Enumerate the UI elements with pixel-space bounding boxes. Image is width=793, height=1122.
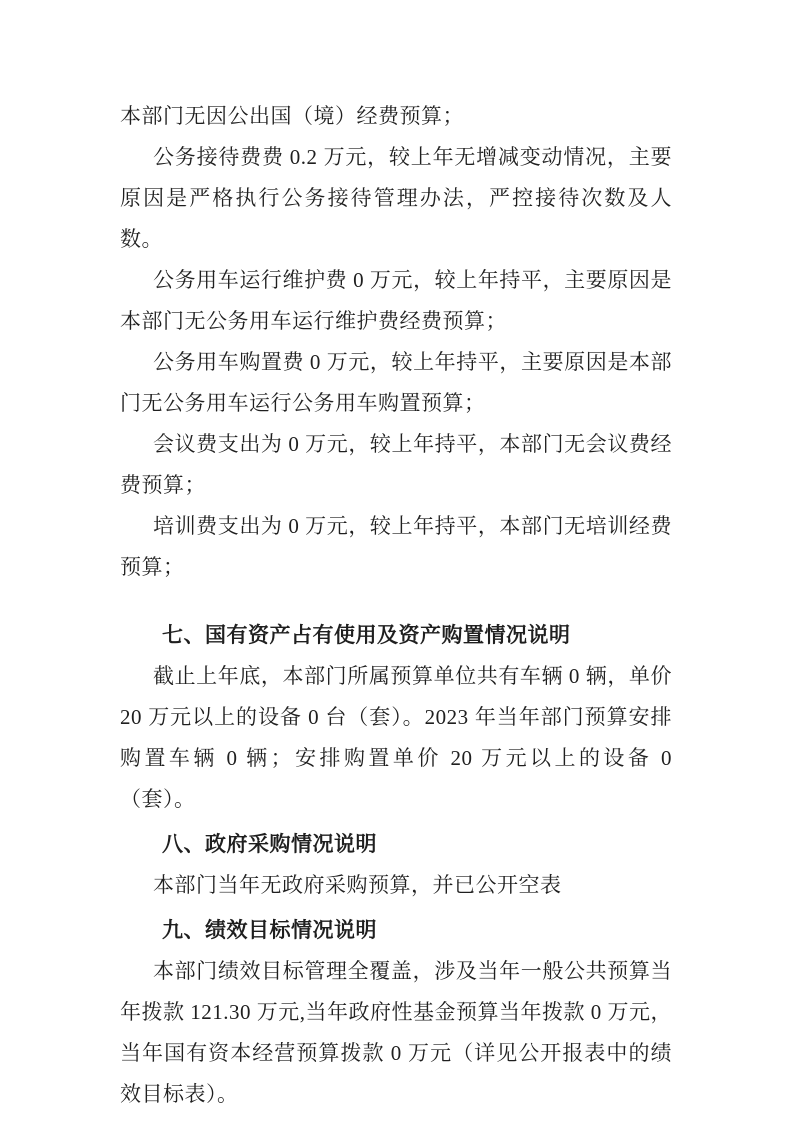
- paragraph-vehicle-operation-maintenance: 公务用车运行维护费 0 万元，较上年持平，主要原因是本部门无公务用车运行维护费经…: [120, 260, 672, 342]
- paragraph-official-reception-expense: 公务接待费费 0.2 万元，较上年无增减变动情况，主要原因是严格执行公务接待管理…: [120, 137, 672, 260]
- document-page: 本部门无因公出国（境）经费预算； 公务接待费费 0.2 万元，较上年无增减变动情…: [0, 0, 793, 1122]
- section-heading-7-state-assets: 七、国有资产占有使用及资产购置情况说明: [120, 615, 672, 656]
- paragraph-meeting-expense: 会议费支出为 0 万元，较上年持平，本部门无会议费经费预算；: [120, 424, 672, 506]
- section-heading-9-performance-targets: 九、绩效目标情况说明: [120, 910, 672, 951]
- paragraph-government-procurement-detail: 本部门当年无政府采购预算，并已公开空表: [120, 865, 672, 906]
- paragraph-state-assets-detail: 截止上年底，本部门所属预算单位共有车辆 0 辆，单价 20 万元以上的设备 0 …: [120, 656, 672, 820]
- paragraph-performance-targets-detail: 本部门绩效目标管理全覆盖，涉及当年一般公共预算当年拨款 121.30 万元,当年…: [120, 951, 672, 1115]
- paragraph-no-outbound-travel-budget: 本部门无因公出国（境）经费预算；: [120, 96, 672, 137]
- document-content: 本部门无因公出国（境）经费预算； 公务接待费费 0.2 万元，较上年无增减变动情…: [120, 96, 672, 1115]
- paragraph-vehicle-purchase-expense: 公务用车购置费 0 万元，较上年持平，主要原因是本部门无公务用车运行公务用车购置…: [120, 342, 672, 424]
- paragraph-training-expense: 培训费支出为 0 万元，较上年持平，本部门无培训经费预算；: [120, 506, 672, 588]
- section-heading-8-government-procurement: 八、政府采购情况说明: [120, 824, 672, 865]
